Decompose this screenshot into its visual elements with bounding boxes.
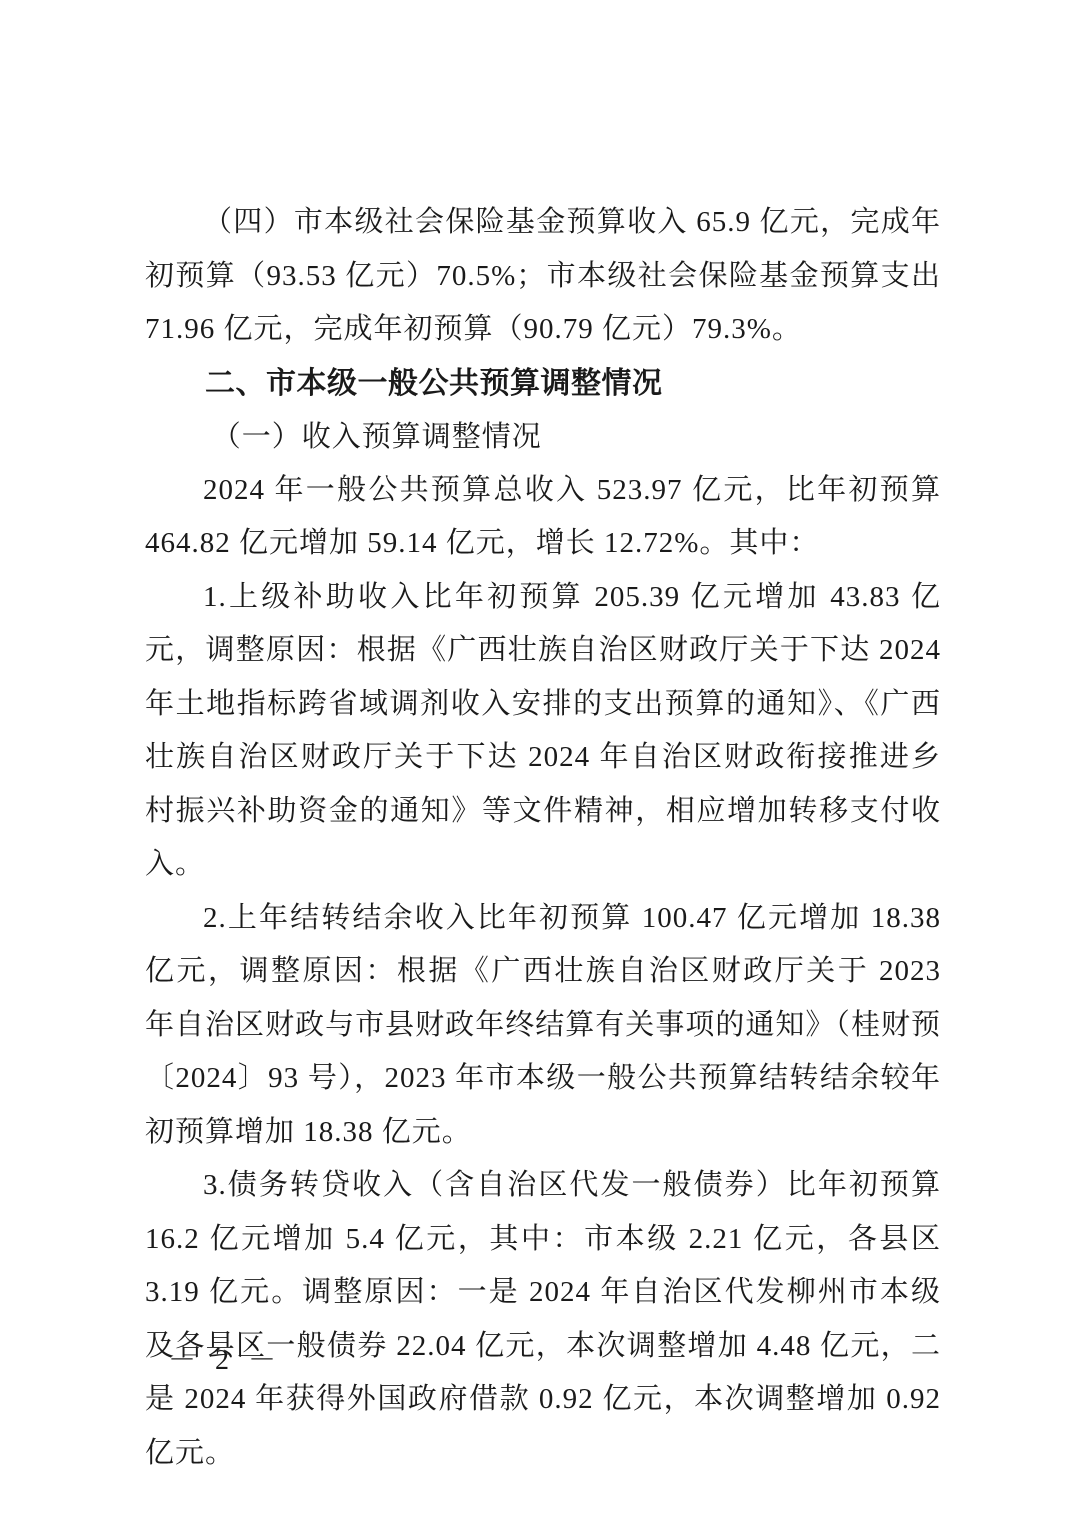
document-page: （四）市本级社会保险基金预算收入 65.9 亿元，完成年初预算（93.53 亿元… [145, 196, 941, 1480]
section-heading-budget-adjustment: 二、市本级一般公共预算调整情况 [145, 357, 941, 411]
paragraph-item-1-superior-subsidy: 1.上级补助收入比年初预算 205.39 亿元增加 43.83 亿元，调整原因：… [145, 571, 941, 892]
paragraph-item-3-debt-transfer: 3.债务转贷收入（含自治区代发一般债券）比年初预算 16.2 亿元增加 5.4 … [145, 1159, 941, 1480]
paragraph-social-insurance-fund: （四）市本级社会保险基金预算收入 65.9 亿元，完成年初预算（93.53 亿元… [145, 196, 941, 357]
paragraph-item-2-carryover: 2.上年结转结余收入比年初预算 100.47 亿元增加 18.38 亿元，调整原… [145, 892, 941, 1160]
subsection-heading-income-adjustment: （一）收入预算调整情况 [145, 410, 941, 464]
page-number: － 2 － [168, 1338, 282, 1378]
paragraph-total-income: 2024 年一般公共预算总收入 523.97 亿元，比年初预算 464.82 亿… [145, 464, 941, 571]
